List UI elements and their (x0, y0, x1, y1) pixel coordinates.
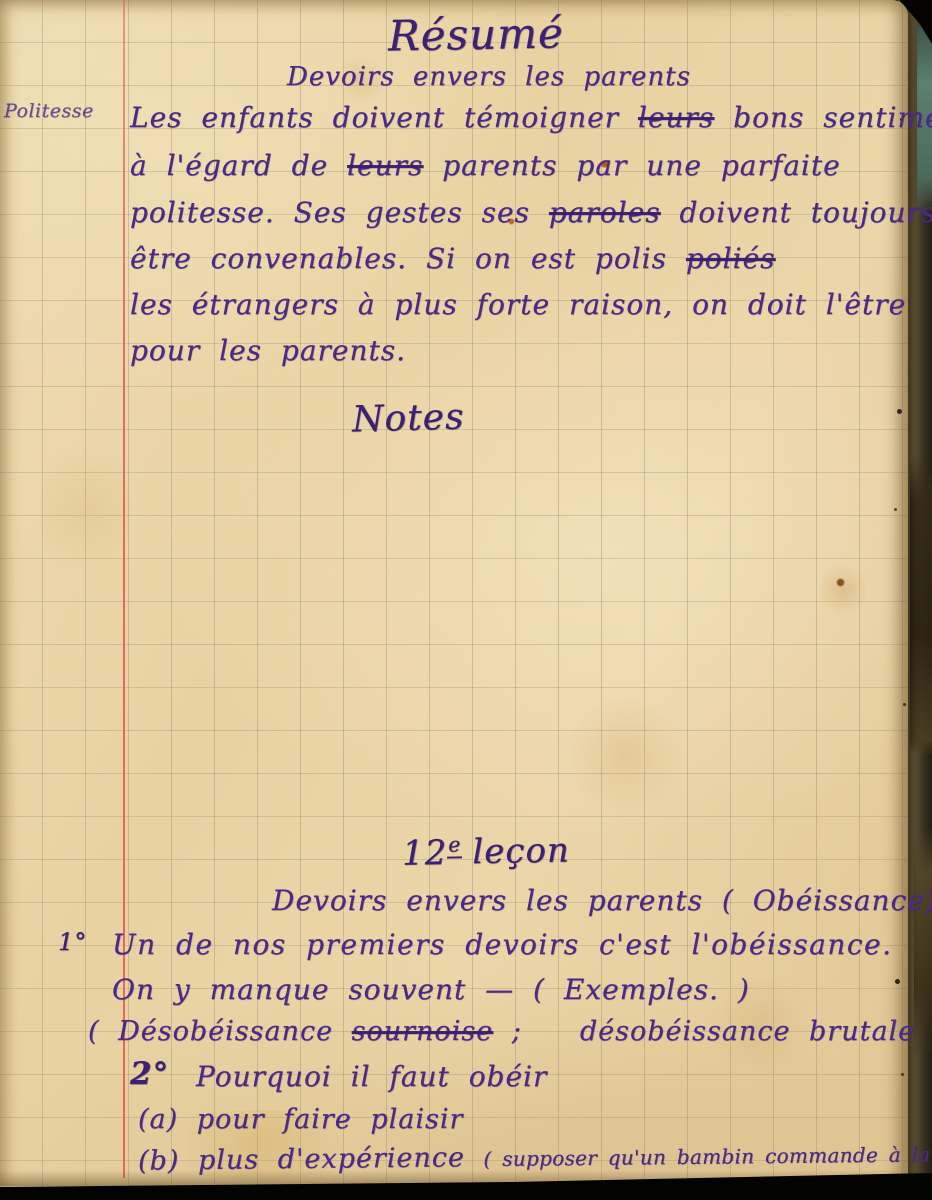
item1-line2: On y manque souvent — ( Exemples. ) (112, 973, 750, 1006)
item2-sub-a: (a) pour faire plaisir (138, 1104, 463, 1135)
line-text: désobéissance brutale ) (580, 1016, 932, 1047)
line-text: les étrangers à plus forte raison, on do… (130, 288, 906, 321)
resume-line: pour les parents. (130, 334, 406, 367)
line-text: politesse. Ses gestes ses (130, 196, 549, 229)
margin-note-politesse: Politesse (4, 100, 94, 122)
resume-heading: Résumé (388, 8, 565, 60)
line-text: pour les parents. (130, 334, 406, 367)
resume-line: politesse. Ses gestes ses paroles doiven… (130, 196, 932, 229)
notebook-page-scan: Résumé Devoirs envers les parents Polite… (0, 0, 932, 1200)
item2-number: 2° (130, 1056, 169, 1092)
line-text: bons sentiments (714, 101, 932, 134)
item1-number: 1° (58, 928, 87, 956)
resume-line: les étrangers à plus forte raison, on do… (130, 288, 906, 321)
item2-line1: Pourquoi il faut obéir (196, 1060, 547, 1093)
line-text: Les enfants doivent témoigner (130, 101, 638, 134)
resume-subheading: Devoirs envers les parents (287, 62, 691, 92)
item1-line3: ( Désobéissance sournoise ;désobéissance… (88, 1016, 932, 1047)
line-text: ; (493, 1016, 522, 1047)
lesson-ordinal: e (447, 832, 463, 858)
lesson-number: 12 (402, 833, 448, 874)
struck-word: poliés (686, 242, 776, 275)
item1-line1: Un de nos premiers devoirs c'est l'obéis… (112, 928, 893, 961)
parenthetical-text: ( supposer qu'un bambin commande à la ma… (483, 1141, 932, 1171)
notes-heading: Notes (351, 397, 464, 441)
line-text: doivent toujours (661, 196, 932, 229)
struck-word: leurs (347, 149, 423, 182)
struck-word: sournoise (352, 1016, 494, 1047)
line-text: être convenables. Si on est polis (130, 242, 686, 275)
struck-word: paroles (549, 196, 661, 229)
resume-line: à l'égard de leurs parents par une parfa… (130, 149, 841, 182)
lesson-heading: 12eleçon (402, 831, 570, 874)
lesson-word: leçon (472, 831, 570, 873)
struck-word: leurs (638, 101, 714, 134)
resume-line: Les enfants doivent témoigner leurs bons… (130, 101, 932, 134)
line-text: parents par une parfaite (423, 149, 840, 182)
resume-line: être convenables. Si on est polis poliés (130, 242, 776, 275)
edge-shadow-blob (910, 455, 932, 755)
lesson-subheading: Devoirs envers les parents ( Obéissance) (272, 884, 932, 917)
line-text: ( Désobéissance (88, 1016, 352, 1047)
line-text: à l'égard de (130, 149, 347, 182)
